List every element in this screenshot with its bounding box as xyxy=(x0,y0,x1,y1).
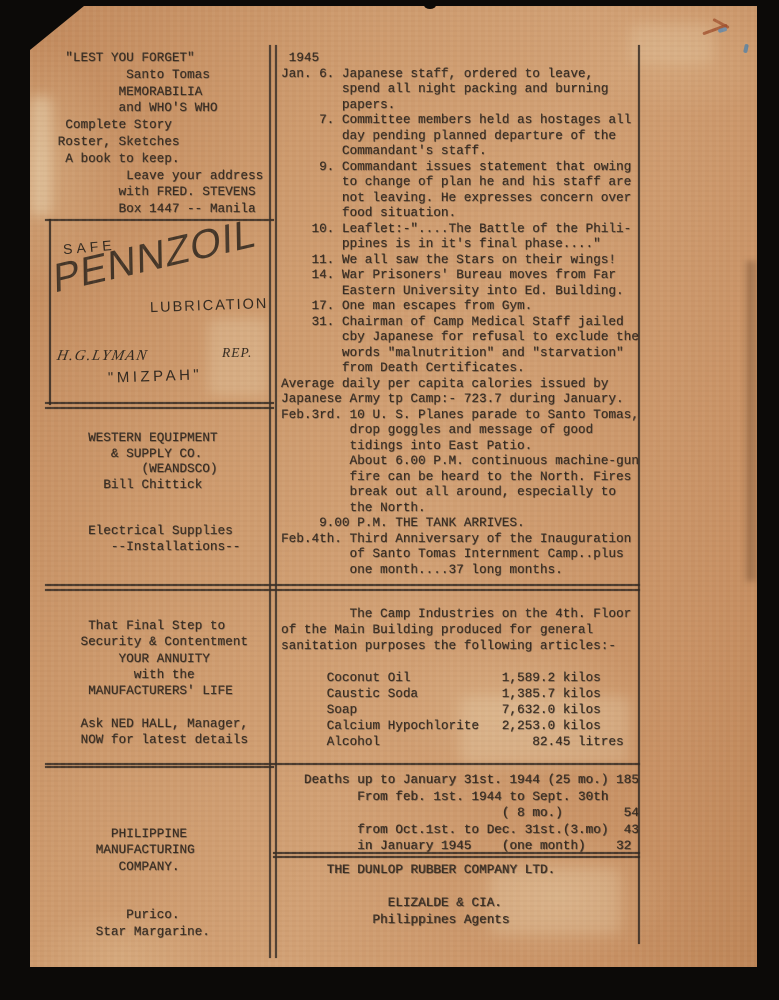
column-divider-line xyxy=(269,45,271,958)
section-divider-line xyxy=(45,402,274,404)
pennzoil-rep-text: REP. xyxy=(222,345,252,361)
section-divider-line xyxy=(45,763,640,765)
page-edge-shadow xyxy=(746,261,756,581)
column-divider-line xyxy=(275,45,277,958)
dunlop-rubber-ad: THE DUNLOP RUBBER COMPANY LTD. ELIZALDE … xyxy=(281,862,555,928)
scanned-document: "LEST YOU FORGET" Santo Tomas MEMORABILI… xyxy=(0,0,779,1000)
section-divider-line xyxy=(45,589,640,591)
memorabilia-ad: "LEST YOU FORGET" Santo Tomas MEMORABILI… xyxy=(50,50,263,218)
pennzoil-box-left-line xyxy=(49,219,51,405)
pennzoil-mizpah-text: "MIZPAH" xyxy=(108,366,203,386)
camp-industries-report: The Camp Industries on the 4th. Floor of… xyxy=(281,606,631,750)
section-divider-line xyxy=(45,407,274,409)
pennzoil-brand-text: PENNZOIL xyxy=(53,210,257,303)
pencil-mark-blue xyxy=(718,27,728,33)
bleedthrough-patch xyxy=(30,96,52,216)
paper-sheet: "LEST YOU FORGET" Santo Tomas MEMORABILI… xyxy=(30,6,757,967)
section-divider-line xyxy=(45,766,274,768)
section-divider-line xyxy=(45,584,640,586)
section-divider-line xyxy=(273,856,640,858)
pencil-mark-blue xyxy=(743,44,749,54)
ink-spot xyxy=(424,1,436,9)
pennzoil-agent-name: H.G.LYMAN xyxy=(56,348,150,365)
manufacturers-life-ad: That Final Step to Security & Contentmen… xyxy=(50,618,248,748)
bleedthrough-patch xyxy=(630,24,714,64)
pennzoil-lubrication-text: LUBRICATION xyxy=(150,296,269,316)
weandsco-ad: WESTERN EQUIPMENT & SUPPLY CO. (WEANDSCO… xyxy=(50,430,240,554)
death-statistics: Deaths up to January 31st. 1944 (25 mo.)… xyxy=(281,772,639,855)
diary-1945-entries: 1945 Jan. 6. Japanese staff, ordered to … xyxy=(281,50,639,577)
philippine-manufacturing-ad: PHILIPPINE MANUFACTURING COMPANY. Purico… xyxy=(50,826,210,940)
